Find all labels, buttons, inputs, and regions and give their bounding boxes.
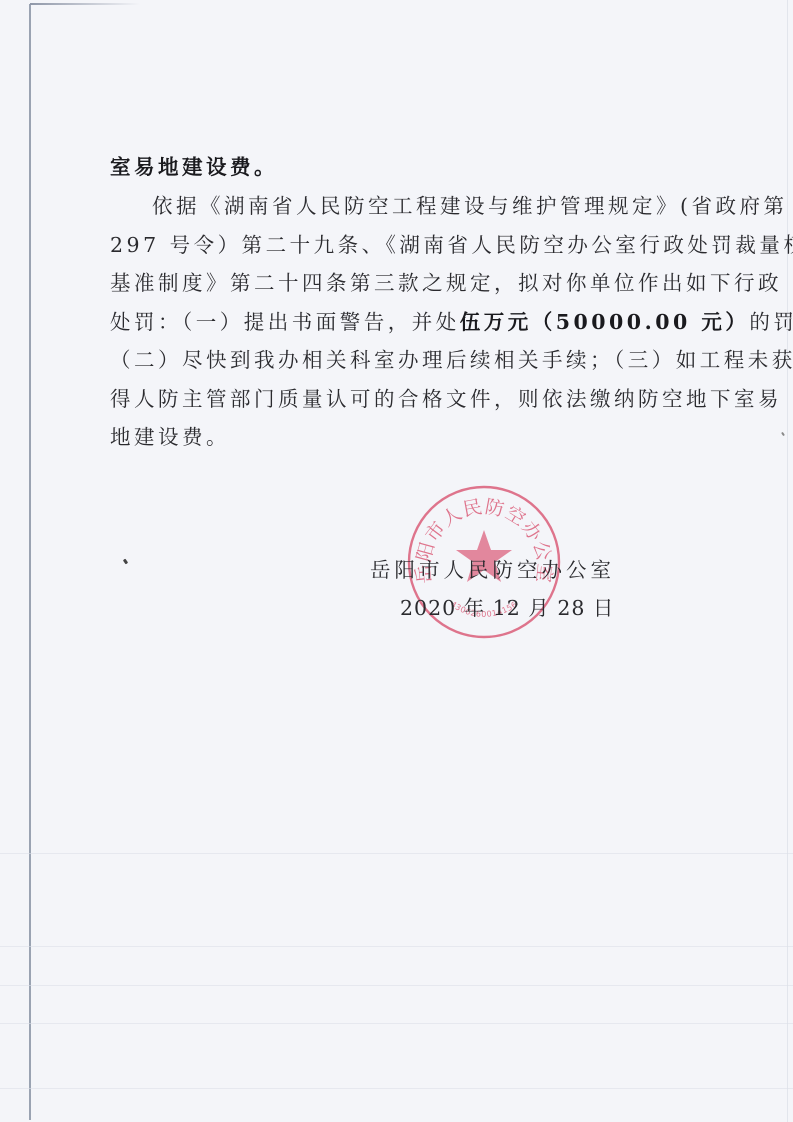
- page-top-edge-shadow: [30, 3, 140, 5]
- text-line: 地建设费。: [110, 418, 690, 457]
- page-left-edge-shadow: [29, 4, 31, 1120]
- paragraph-penalty-decision: 依据《湖南省人民防空工程建设与维护管理规定》(省政府第 297 号令）第二十九条…: [110, 187, 690, 457]
- text-line: （二）尽快到我办相关科室办理后续相关手续；（三）如工程未获: [110, 341, 690, 380]
- continuation-line: 室易地建设费。: [110, 148, 690, 187]
- scan-speck: [123, 559, 128, 565]
- text-line: 297 号令）第二十九条、《湖南省人民防空办公室行政处罚裁量权: [110, 226, 690, 265]
- text-line-penalty: 处罚：（一）提出书面警告，并处伍万元（50000.00 元）的罚款；: [110, 303, 690, 342]
- issuing-organization: 岳阳市人民防空办公室: [370, 551, 615, 589]
- issue-date: 2020 年 12 月 28 日: [400, 589, 614, 627]
- paragraph-continuation: 室易地建设费。: [110, 148, 690, 187]
- scan-artifact-line: [0, 946, 793, 947]
- penalty-amount: 伍万元（50000.00 元）: [460, 310, 750, 334]
- penalty-prefix: 处罚：（一）提出书面警告，并处: [110, 310, 460, 334]
- penalty-suffix: 的罚款；: [749, 310, 793, 334]
- text-line: 得人防主管部门质量认可的合格文件，则依法缴纳防空地下室易: [110, 380, 690, 419]
- scan-artifact-line: [0, 1023, 793, 1024]
- scan-artifact-line: [0, 985, 793, 986]
- document-page: 室易地建设费。 依据《湖南省人民防空工程建设与维护管理规定》(省政府第 297 …: [0, 0, 793, 1122]
- page-right-edge: [787, 0, 788, 1122]
- text-line: 基准制度》第二十四条第三款之规定，拟对你单位作出如下行政: [110, 264, 690, 303]
- scan-artifact-line: [0, 853, 793, 854]
- text-line: 依据《湖南省人民防空工程建设与维护管理规定》(省政府第: [110, 187, 690, 226]
- scan-artifact-line: [0, 1088, 793, 1089]
- scan-speck: [781, 432, 785, 436]
